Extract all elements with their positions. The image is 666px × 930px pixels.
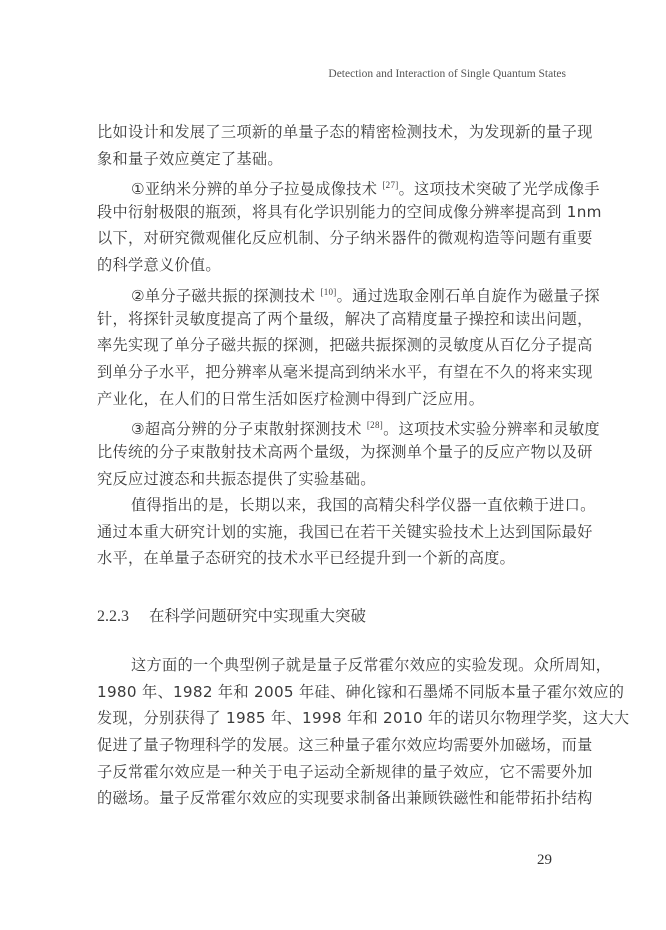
text-line: 促进了量子物理科学的发展。这三种量子霍尔效应均需要外加磁场，而量 bbox=[97, 736, 567, 754]
text-line: 针，将探针灵敏度提高了两个量级，解决了高精度量子操控和读出问题， bbox=[97, 310, 567, 328]
text-line: ①亚纳米分辨的单分子拉曼成像技术 [27]。这项技术突破了光学成像手 bbox=[131, 176, 567, 198]
text-line: 这方面的一个典型例子就是量子反常霍尔效应的实验发现。众所周知， bbox=[131, 656, 567, 674]
text-line: ②单分子磁共振的探测技术 [10]。通过选取金刚石单自旋作为磁量子探 bbox=[131, 283, 567, 305]
text-line: 比如设计和发展了三项新的单量子态的精密检测技术，为发现新的量子现 bbox=[97, 123, 567, 141]
citation-ref: [10] bbox=[320, 287, 336, 297]
text-line: 发现，分别获得了 1985 年、1998 年和 2010 年的诺贝尔物理学奖，这… bbox=[97, 709, 567, 727]
text-span: 。通过选取金刚石单自旋作为磁量子探 bbox=[337, 287, 600, 305]
citation-ref: [28] bbox=[367, 420, 383, 430]
text-span: 。这项技术实验分辨率和灵敏度 bbox=[383, 420, 600, 438]
text-line: 以下，对研究微观催化反应机制、分子纳米器件的微观构造等问题有重要 bbox=[97, 229, 567, 247]
text-line: 的磁场。量子反常霍尔效应的实现要求制备出兼顾铁磁性和能带拓扑结构 bbox=[97, 789, 567, 807]
text-line: 率先实现了单分子磁共振的探测，把磁共振探测的灵敏度从百亿分子提高 bbox=[97, 336, 567, 354]
text-line: 产业化，在人们的日常生活如医疗检测中得到广泛应用。 bbox=[97, 390, 567, 408]
text-line: 的科学意义价值。 bbox=[97, 256, 567, 274]
item-title: ③超高分辨的分子束散射探测技术 bbox=[131, 420, 367, 438]
text-line: 通过本重大研究计划的实施，我国已在若干关键实验技术上达到国际最好 bbox=[97, 523, 567, 541]
running-head: Detection and Interaction of Single Quan… bbox=[328, 68, 566, 80]
text-span: 。这项技术突破了光学成像手 bbox=[399, 180, 600, 198]
text-line: 比传统的分子束散射技术高两个量级，为探测单个量子的反应产物以及研 bbox=[97, 443, 567, 461]
text-line: 究反应过渡态和共振态提供了实验基础。 bbox=[97, 470, 567, 488]
text-line: 子反常霍尔效应是一种关于电子运动全新规律的量子效应，它不需要外加 bbox=[97, 763, 567, 781]
text-line: 1980 年、1982 年和 2005 年硅、砷化镓和石墨烯不同版本量子霍尔效应… bbox=[97, 683, 567, 701]
text-line: 段中衍射极限的瓶颈，将具有化学识别能力的空间成像分辨率提高到 1nm bbox=[97, 203, 567, 221]
section-title: 在科学问题研究中实现重大突破 bbox=[149, 607, 366, 625]
citation-ref: [27] bbox=[382, 180, 398, 190]
text-line: 值得指出的是，长期以来，我国的高精尖科学仪器一直依赖于进口。 bbox=[131, 496, 567, 514]
text-line: 象和量子效应奠定了基础。 bbox=[97, 150, 567, 168]
item-title: ①亚纳米分辨的单分子拉曼成像技术 bbox=[131, 180, 382, 198]
item-title: ②单分子磁共振的探测技术 bbox=[131, 287, 320, 305]
section-heading: 2.2.3在科学问题研究中实现重大突破 bbox=[97, 604, 366, 626]
text-line: 水平，在单量子态研究的技术水平已经提升到一个新的高度。 bbox=[97, 549, 567, 567]
section-number: 2.2.3 bbox=[97, 608, 149, 626]
book-page: Detection and Interaction of Single Quan… bbox=[0, 0, 666, 930]
page-number: 29 bbox=[537, 852, 552, 869]
text-line: ③超高分辨的分子束散射探测技术 [28]。这项技术实验分辨率和灵敏度 bbox=[131, 416, 567, 438]
text-line: 到单分子水平，把分辨率从毫米提高到纳米水平，有望在不久的将来实现 bbox=[97, 363, 567, 381]
